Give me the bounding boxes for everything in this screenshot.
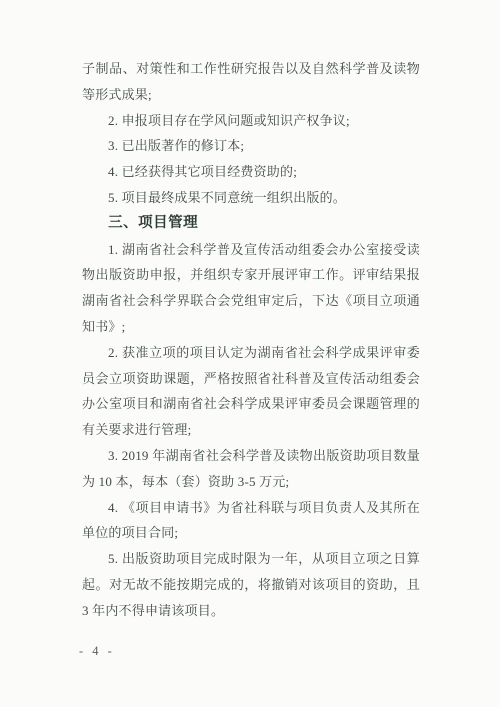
paragraph-item-4: 4. 已经获得其它项目经费资助的; <box>82 159 420 185</box>
document-body: 子制品、对策性和工作性研究报告以及自然科学普及读物等形式成果; 2. 申报项目存… <box>82 56 420 624</box>
paragraph-item-2: 2. 申报项目存在学风问题或知识产权争议; <box>82 108 420 134</box>
section-heading-project-management: 三、项目管理 <box>82 211 420 237</box>
paragraph-continuation: 子制品、对策性和工作性研究报告以及自然科学普及读物等形式成果; <box>82 56 420 108</box>
paragraph-mgmt-1: 1. 湖南省社会科学普及宣传活动组委会办公室接受读物出版资助申报，并组织专家开展… <box>82 237 420 340</box>
paragraph-item-3: 3. 已出版著作的修订本; <box>82 133 420 159</box>
paragraph-mgmt-2: 2. 获准立项的项目认定为湖南省社会科学成果评审委员会立项资助课题，严格按照省社… <box>82 340 420 443</box>
document-page: 子制品、对策性和工作性研究报告以及自然科学普及读物等形式成果; 2. 申报项目存… <box>0 0 500 707</box>
paragraph-mgmt-4: 4. 《项目申请书》为省社科联与项目负责人及其所在单位的项目合同; <box>82 495 420 547</box>
paragraph-item-5: 5. 项目最终成果不同意统一组织出版的。 <box>82 185 420 211</box>
page-number: - 4 - <box>79 643 115 659</box>
paragraph-mgmt-5: 5. 出版资助项目完成时限为一年，从项目立项之日算起。对无故不能按期完成的，将撤… <box>82 546 420 623</box>
paragraph-mgmt-3: 3. 2019 年湖南省社会科学普及读物出版资助项目数量为 10 本，每本（套）… <box>82 443 420 495</box>
